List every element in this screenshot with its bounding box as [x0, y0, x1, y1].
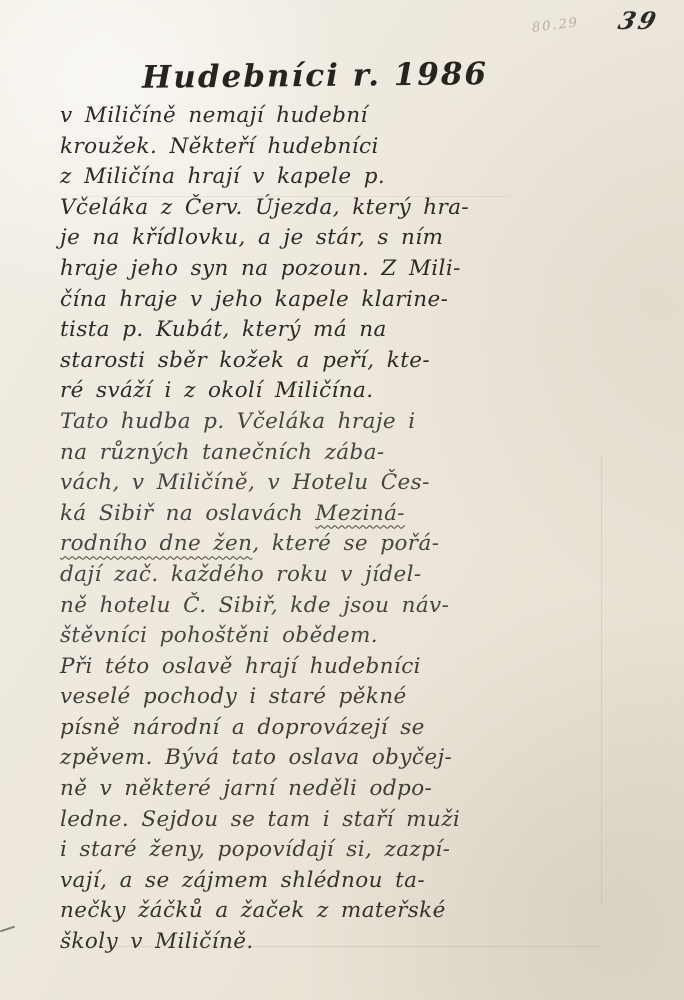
line-text: , které se pořá-: [252, 531, 439, 556]
paper-crease: [601, 455, 602, 905]
manuscript-line: písně národní a doprovázejí se: [60, 713, 469, 744]
manuscript-line: ré sváží i z okolí Miličína.: [60, 376, 469, 407]
manuscript-line: zpěvem. Bývá tato oslava obyčej-: [60, 743, 469, 774]
manuscript-line: ká Sibiř na oslavách Meziná-: [60, 499, 469, 530]
line-text: vách, v Miličíně, v Hotelu Čes-: [60, 470, 430, 495]
line-text: ně v některé jarní neděli odpo-: [60, 776, 432, 801]
line-text: školy v Miličíně.: [60, 929, 254, 954]
manuscript-line: Při této oslavě hrají hudebníci: [60, 652, 469, 683]
line-text: i staré ženy, popovídají si, zazpí-: [60, 837, 450, 862]
manuscript-line: veselé pochody i staré pěkné: [60, 682, 469, 713]
manuscript-line: vách, v Miličíně, v Hotelu Čes-: [60, 468, 469, 499]
line-text: nečky žáčků a žaček z mateřské: [60, 898, 446, 923]
line-text: hraje jeho syn na pozoun. Z Mili-: [60, 256, 461, 281]
line-text: Tato hudba p. Včeláka hraje i: [60, 409, 416, 434]
page-number: 39: [615, 6, 662, 35]
manuscript-title: Hudebníci r. 1986: [142, 56, 488, 96]
manuscript-line: na různých tanečních zába-: [60, 438, 469, 469]
manuscript-line: v Miličíně nemají hudební: [60, 101, 469, 132]
manuscript-line: je na křídlovku, a je stár, s ním: [60, 223, 469, 254]
manuscript-line: tista p. Kubát, který má na: [60, 315, 469, 346]
faint-guide-line: [90, 196, 510, 197]
line-text: dají zač. každého roku v jídel-: [60, 562, 422, 587]
line-text: v Miličíně nemají hudební: [60, 103, 368, 128]
manuscript-line: vají, a se zájmem shlédnou ta-: [60, 866, 469, 897]
manuscript-line: Včeláka z Červ. Újezda, který hra-: [60, 193, 469, 224]
manuscript-lines: v Miličíně nemají hudebníkroužek. Někteř…: [60, 101, 469, 958]
line-text: písně národní a doprovázejí se: [60, 715, 425, 740]
manuscript-line: starosti sběr kožek a peří, kte-: [60, 346, 469, 377]
faint-guide-line: [72, 946, 600, 947]
line-text: veselé pochody i staré pěkné: [60, 684, 407, 709]
manuscript-line: i staré ženy, popovídají si, zazpí-: [60, 835, 469, 866]
manuscript-line: ně hotelu Č. Sibiř, kde jsou náv-: [60, 591, 469, 622]
manuscript-line: štěvníci pohoštěni obědem.: [60, 621, 469, 652]
line-text: štěvníci pohoštěni obědem.: [60, 623, 378, 648]
pencil-annotation: 80.29: [531, 15, 580, 36]
manuscript-page: 80.29 39 Hudebníci r. 1986 v Miličíně ne…: [0, 0, 684, 1000]
line-text: vají, a se zájmem shlédnou ta-: [60, 868, 425, 893]
line-text: Včeláka z Červ. Újezda, který hra-: [60, 195, 469, 220]
underlined-text: Meziná-: [315, 501, 405, 526]
line-text: na různých tanečních zába-: [60, 440, 385, 465]
line-text: tista p. Kubát, který má na: [60, 317, 387, 342]
line-text: ré sváží i z okolí Miličína.: [60, 378, 374, 403]
line-text: ledne. Sejdou se tam i staří muži: [60, 807, 460, 832]
line-text: ně hotelu Č. Sibiř, kde jsou náv-: [60, 593, 449, 618]
manuscript-line: dají zač. každého roku v jídel-: [60, 560, 469, 591]
manuscript-line: z Miličína hrají v kapele p.: [60, 162, 469, 193]
manuscript-line: hraje jeho syn na pozoun. Z Mili-: [60, 254, 469, 285]
line-text: kroužek. Někteří hudebníci: [60, 134, 379, 159]
line-text: je na křídlovku, a je stár, s ním: [60, 225, 443, 250]
manuscript-line: ledne. Sejdou se tam i staří muži: [60, 805, 469, 836]
line-text: starosti sběr kožek a peří, kte-: [60, 348, 430, 373]
manuscript-line: nečky žáčků a žaček z mateřské: [60, 896, 469, 927]
line-text: zpěvem. Bývá tato oslava obyčej-: [60, 745, 452, 770]
ink-smudge: [0, 926, 15, 933]
manuscript-line: školy v Miličíně.: [60, 927, 469, 958]
line-text: Při této oslavě hrají hudebníci: [60, 654, 421, 679]
manuscript-line: čína hraje v jeho kapele klarine-: [60, 285, 469, 316]
manuscript-line: kroužek. Někteří hudebníci: [60, 132, 469, 163]
manuscript-line: ně v některé jarní neděli odpo-: [60, 774, 469, 805]
line-text: z Miličína hrají v kapele p.: [60, 164, 385, 189]
underlined-text: rodního dne žen: [60, 531, 252, 556]
manuscript-line: rodního dne žen, které se pořá-: [60, 529, 469, 560]
manuscript-line: Tato hudba p. Včeláka hraje i: [60, 407, 469, 438]
line-text: ká Sibiř na oslavách: [60, 501, 315, 526]
line-text: čína hraje v jeho kapele klarine-: [60, 287, 448, 312]
